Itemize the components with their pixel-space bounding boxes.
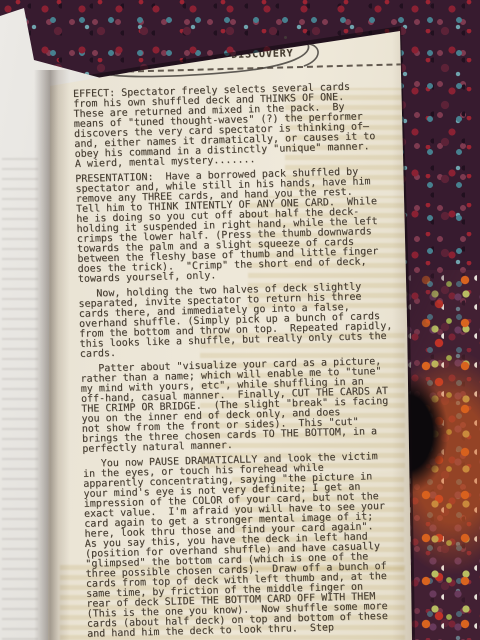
paragraph-presentation: PRESENTATION: Have a borrowed pack shuff… [75, 166, 414, 285]
paragraph-effect: EFFECT: Spectator freely selects several… [73, 81, 411, 170]
bleed-through-smudge [2, 150, 38, 640]
body-text: EFFECT: Spectator freely selects several… [73, 81, 423, 640]
typewritten-text: UNIQUE "THOUGHT CARD" DISCOVERY EFFECT: … [72, 45, 423, 640]
photo-of-booklet-page: UNIQUE "THOUGHT CARD" DISCOVERY EFFECT: … [0, 0, 480, 640]
ink-speck [284, 36, 287, 39]
paragraph-patter: Patter about "visualize your card as a p… [80, 356, 418, 455]
paragraph-false-shuffle: Now, holding the two halves of deck slig… [78, 281, 416, 360]
spine-crease-shadow [34, 70, 70, 640]
paragraph-climax: You now PAUSE DRAMATICALLY and look the … [83, 451, 424, 640]
